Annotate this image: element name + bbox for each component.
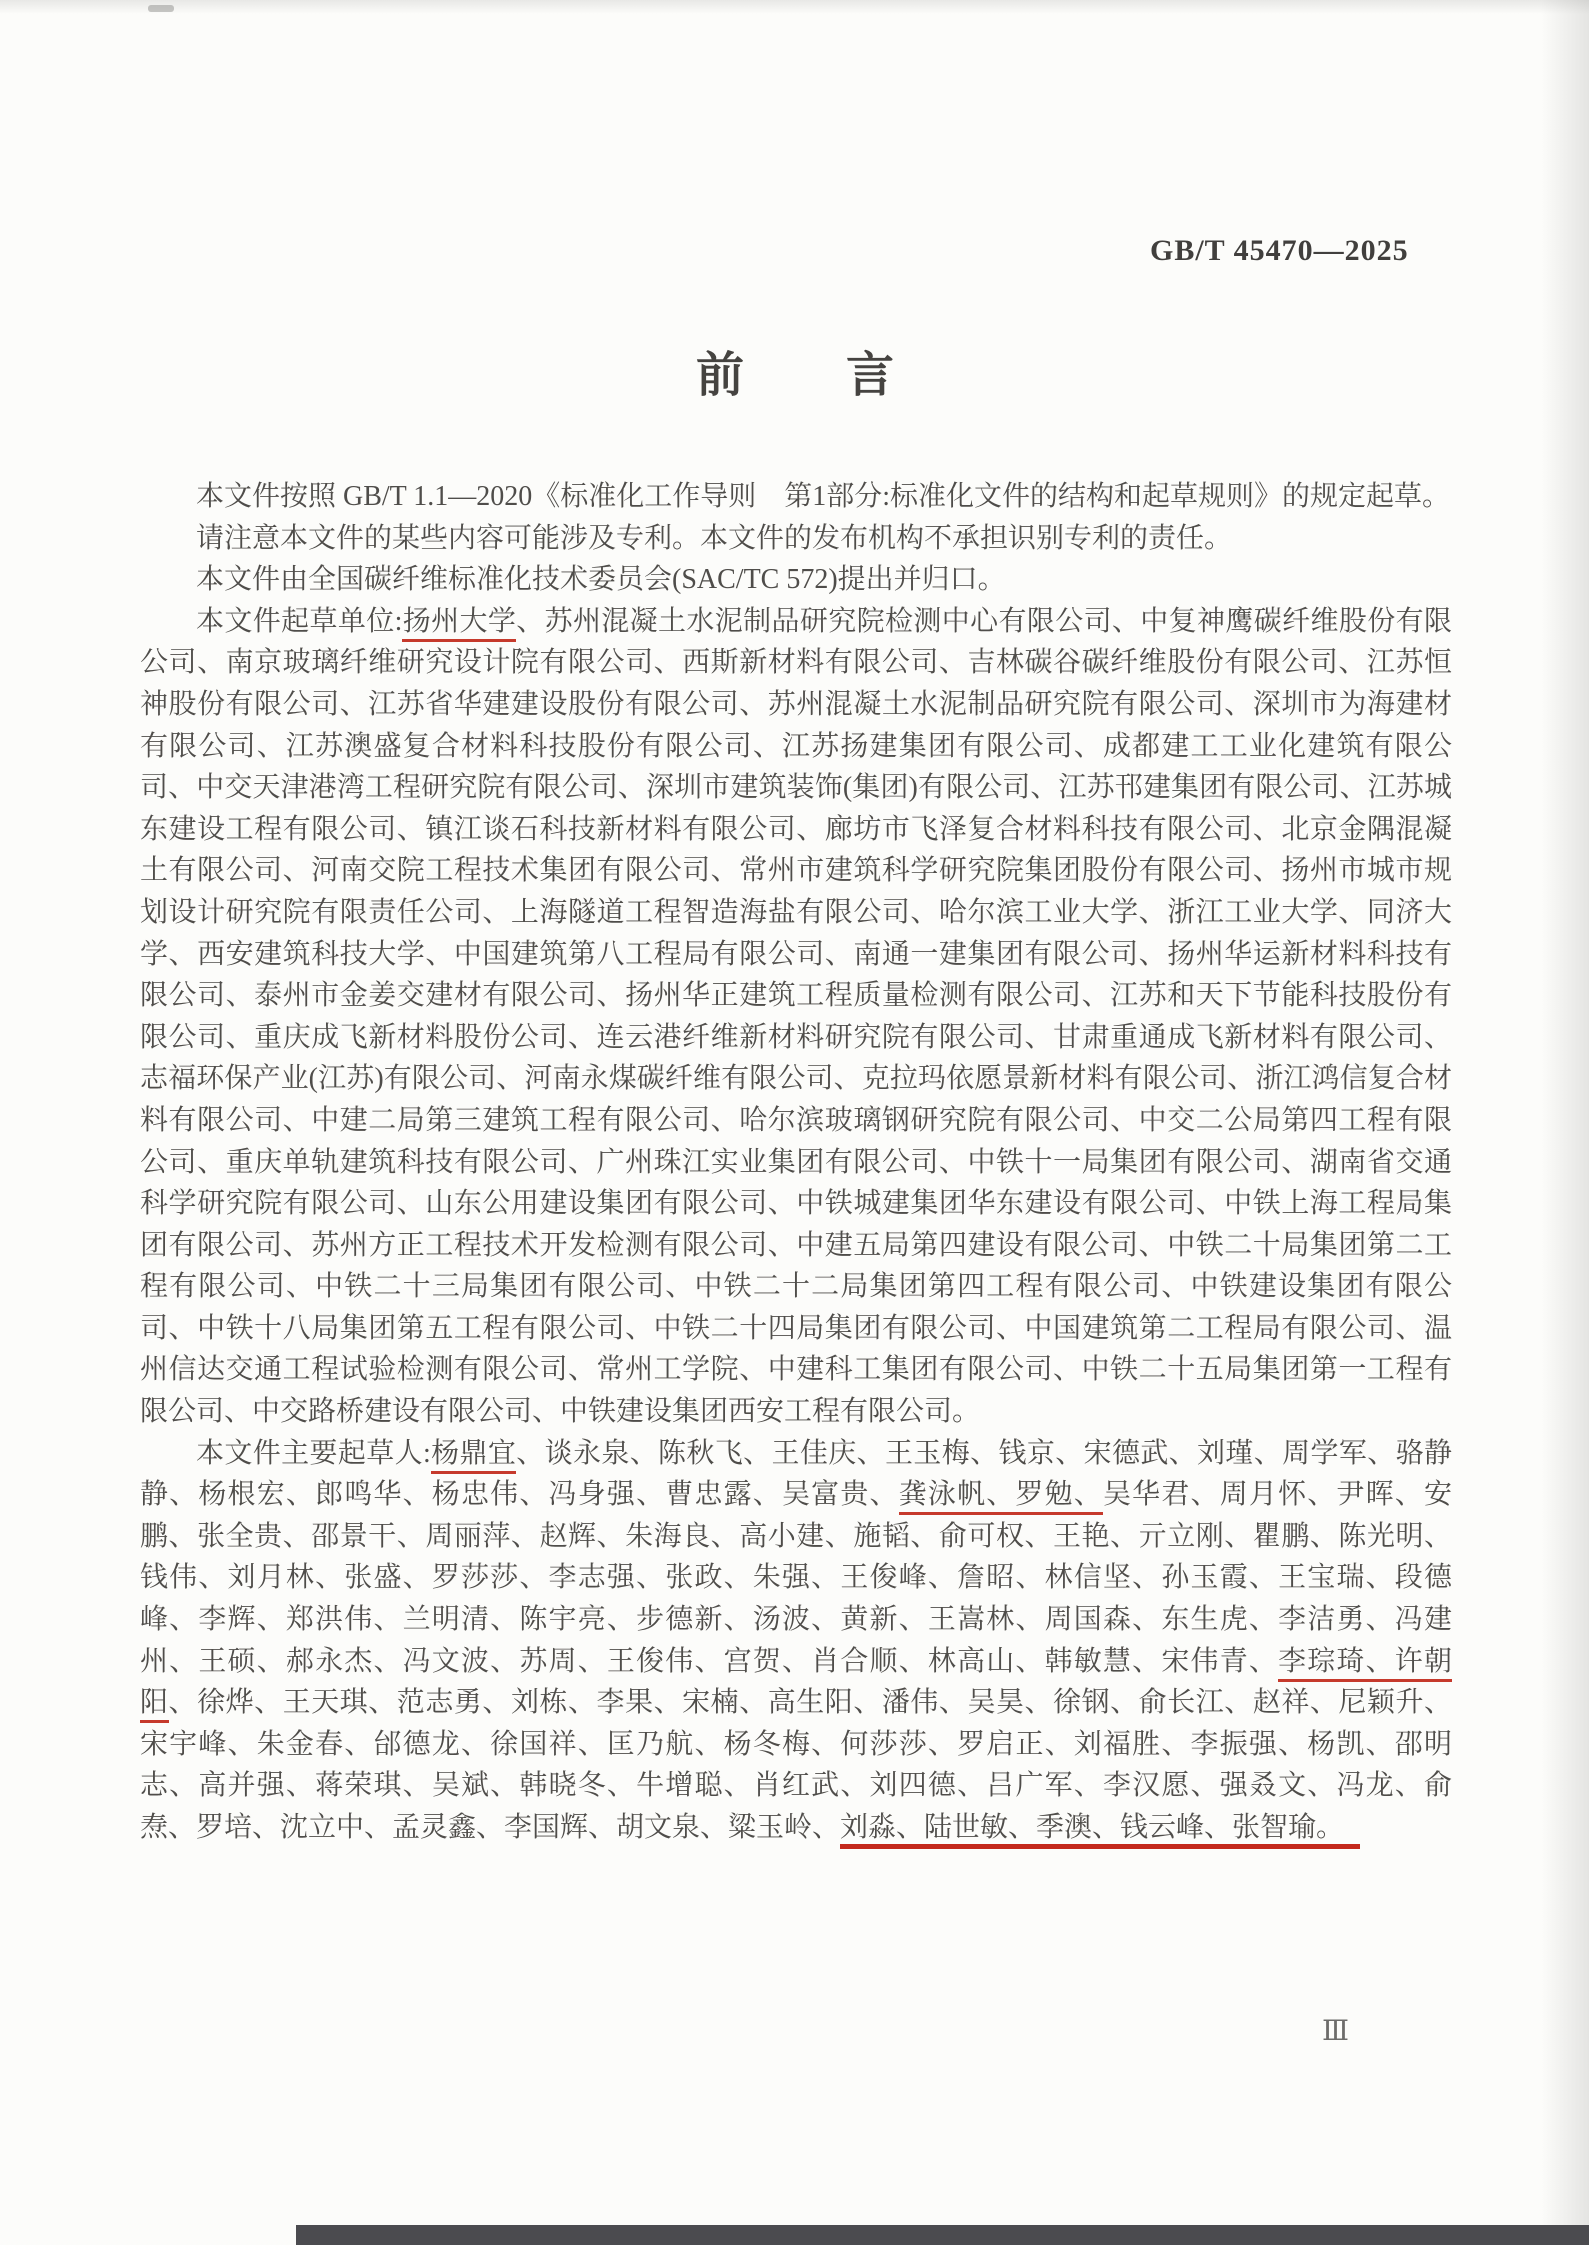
red-underlined-text: 刘淼、陆世敏、季澳、钱云峰、张智瑜。 — [840, 1812, 1360, 1849]
page-number: Ⅲ — [1322, 2014, 1349, 2048]
paragraph: 本文件起草单位:扬州大学、苏州混凝土水泥制品研究院检测中心有限公司、中复神鹰碳纤… — [140, 601, 1452, 1433]
paragraph: 本文件主要起草人:杨鼎宜、谈永泉、陈秋飞、王佳庆、王玉梅、钱京、宋德武、刘瑾、周… — [140, 1433, 1452, 1849]
text-segment: 本文件起草单位: — [196, 606, 402, 637]
scan-bottom-strip — [296, 2225, 1589, 2245]
red-underlined-text: 龚泳帆、罗勉、 — [899, 1479, 1103, 1515]
text-segment: 本文件主要起草人: — [196, 1438, 431, 1469]
standard-code: GB/T 45470—2025 — [1150, 234, 1409, 268]
scan-top-shadow — [0, 0, 1589, 14]
red-underlined-text: 扬州大学 — [402, 606, 516, 642]
document-body: 本文件按照 GB/T 1.1—2020《标准化工作导则 第1部分:标准化文件的结… — [140, 476, 1452, 1849]
paragraph: 请注意本文件的某些内容可能涉及专利。本文件的发布机构不承担识别专利的责任。 — [140, 518, 1452, 560]
scan-smudge — [148, 5, 174, 12]
paragraph: 本文件按照 GB/T 1.1—2020《标准化工作导则 第1部分:标准化文件的结… — [140, 476, 1452, 518]
scan-right-shadow — [1541, 0, 1589, 2245]
red-underlined-text: 杨鼎宜 — [431, 1438, 516, 1474]
text-segment: 、苏州混凝土水泥制品研究院检测中心有限公司、中复神鹰碳纤维股份有限公司、南京玻璃… — [140, 606, 1452, 1427]
page-title: 前 言 — [140, 336, 1452, 405]
paragraph: 本文件由全国碳纤维标准化技术委员会(SAC/TC 572)提出并归口。 — [140, 559, 1452, 601]
text-segment: 本文件按照 GB/T 1.1—2020《标准化工作导则 第1部分:标准化文件的结… — [196, 481, 1450, 512]
scanned-page: GB/T 45470—2025 前 言 本文件按照 GB/T 1.1—2020《… — [0, 0, 1589, 2245]
text-segment: 本文件由全国碳纤维标准化技术委员会(SAC/TC 572)提出并归口。 — [196, 564, 1006, 595]
text-segment: 请注意本文件的某些内容可能涉及专利。本文件的发布机构不承担识别专利的责任。 — [196, 523, 1232, 554]
